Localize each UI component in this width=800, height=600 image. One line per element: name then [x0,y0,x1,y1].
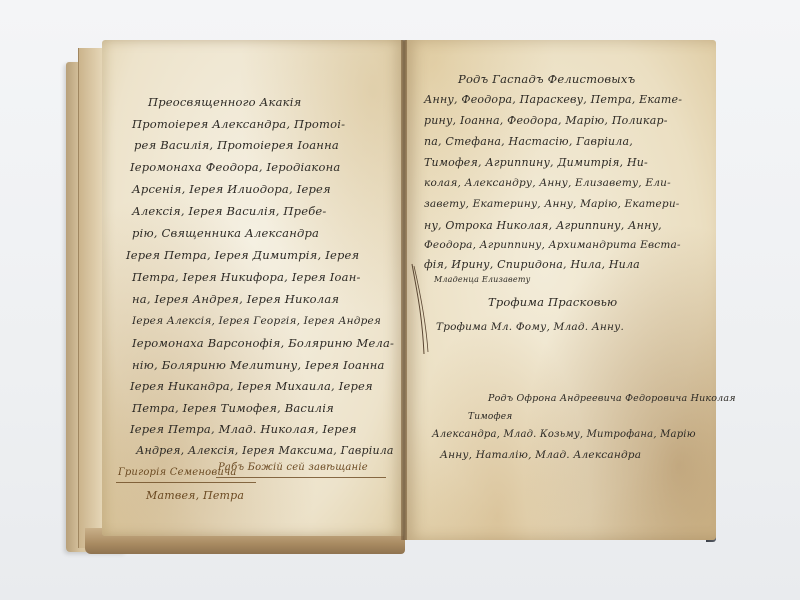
manuscript-line: Трофима Прасковью [488,297,617,309]
manuscript-line: Феодора, Агриппину, Архимандрита Евста- [424,240,681,251]
manuscript-line: па, Стефана, Настасію, Гавріила, [424,136,633,147]
open-manuscript-book: Преосвященного Акакія Протоіерея Алексан… [0,0,800,600]
manuscript-line: рію, Священника Александра [132,228,319,240]
book-gutter [401,40,407,540]
manuscript-line: Іеромонаха Феодора, Іеродіакона [130,162,340,174]
manuscript-line: завету, Екатерину, Анну, Марію, Екатери- [424,199,680,210]
manuscript-line: Младенца Елизавету [434,276,530,284]
manuscript-line: рея Василія, Протоіерея Іоанна [134,140,339,152]
manuscript-line: Родъ Офрона Андреевича Федоровича Никола… [488,394,736,404]
manuscript-line: ну, Отрока Николая, Агриппину, Анну, [424,220,662,231]
binding-thread [410,262,434,357]
manuscript-footer-line: Григорія Семеновича [118,468,237,478]
manuscript-line: колая, Александру, Анну, Елизавету, Ели- [424,178,671,189]
manuscript-line: Алексія, Іерея Василія, Пребе- [132,206,327,218]
manuscript-line: Анну, Феодора, Параскеву, Петра, Екате- [424,94,682,105]
manuscript-line: рину, Іоанна, Феодора, Марію, Поликар- [424,115,668,126]
manuscript-line: Іерея Никандра, Іерея Михаила, Іерея [130,381,373,393]
footer-rule [116,482,256,483]
manuscript-line: фія, Ирину, Спиридона, Нила, Нила [424,259,640,270]
manuscript-line: Анну, Наталію, Млад. Александра [440,450,641,461]
manuscript-line: Іеромонаха Варсонофія, Боляриню Мела- [132,338,394,350]
manuscript-line: Андрея, Алексія, Іерея Максима, Гавріила [136,445,394,456]
manuscript-footer-line: Рабъ Божій сей завѣщаніе [218,463,368,473]
footer-rule [216,477,386,478]
manuscript-line: Арсенія, Іерея Илиодора, Іерея [132,184,331,196]
manuscript-line: Тимофея [468,413,512,422]
manuscript-line: Іерея Петра, Млад. Николая, Іерея [130,424,357,436]
manuscript-footer-line: Матвея, Петра [146,490,244,501]
manuscript-line: Іерея Петра, Іерея Димитрія, Іерея [126,250,359,262]
manuscript-line: Протоіерея Александра, Протоі- [132,119,345,131]
manuscript-line: Петра, Іерея Тимофея, Василія [132,403,334,415]
manuscript-heading: Родъ Гаспадъ Фелистовыхъ [458,74,635,86]
manuscript-line: Тимофея, Агриппину, Димитрія, Ни- [424,157,648,168]
manuscript-line: Преосвященного Акакія [148,97,301,109]
manuscript-line: нію, Боляриню Мелитину, Іерея Іоанна [132,360,385,372]
manuscript-line: на, Іерея Андрея, Іерея Николая [132,294,339,306]
manuscript-line: Трофима Мл. Фому, Млад. Анну. [436,322,624,333]
manuscript-line: Петра, Іерея Никифора, Іерея Іоан- [132,272,361,284]
manuscript-line: Іерея Алексія, Іерея Георгія, Іерея Андр… [132,316,381,327]
manuscript-line: Александра, Млад. Козьму, Митрофана, Мар… [432,430,696,440]
